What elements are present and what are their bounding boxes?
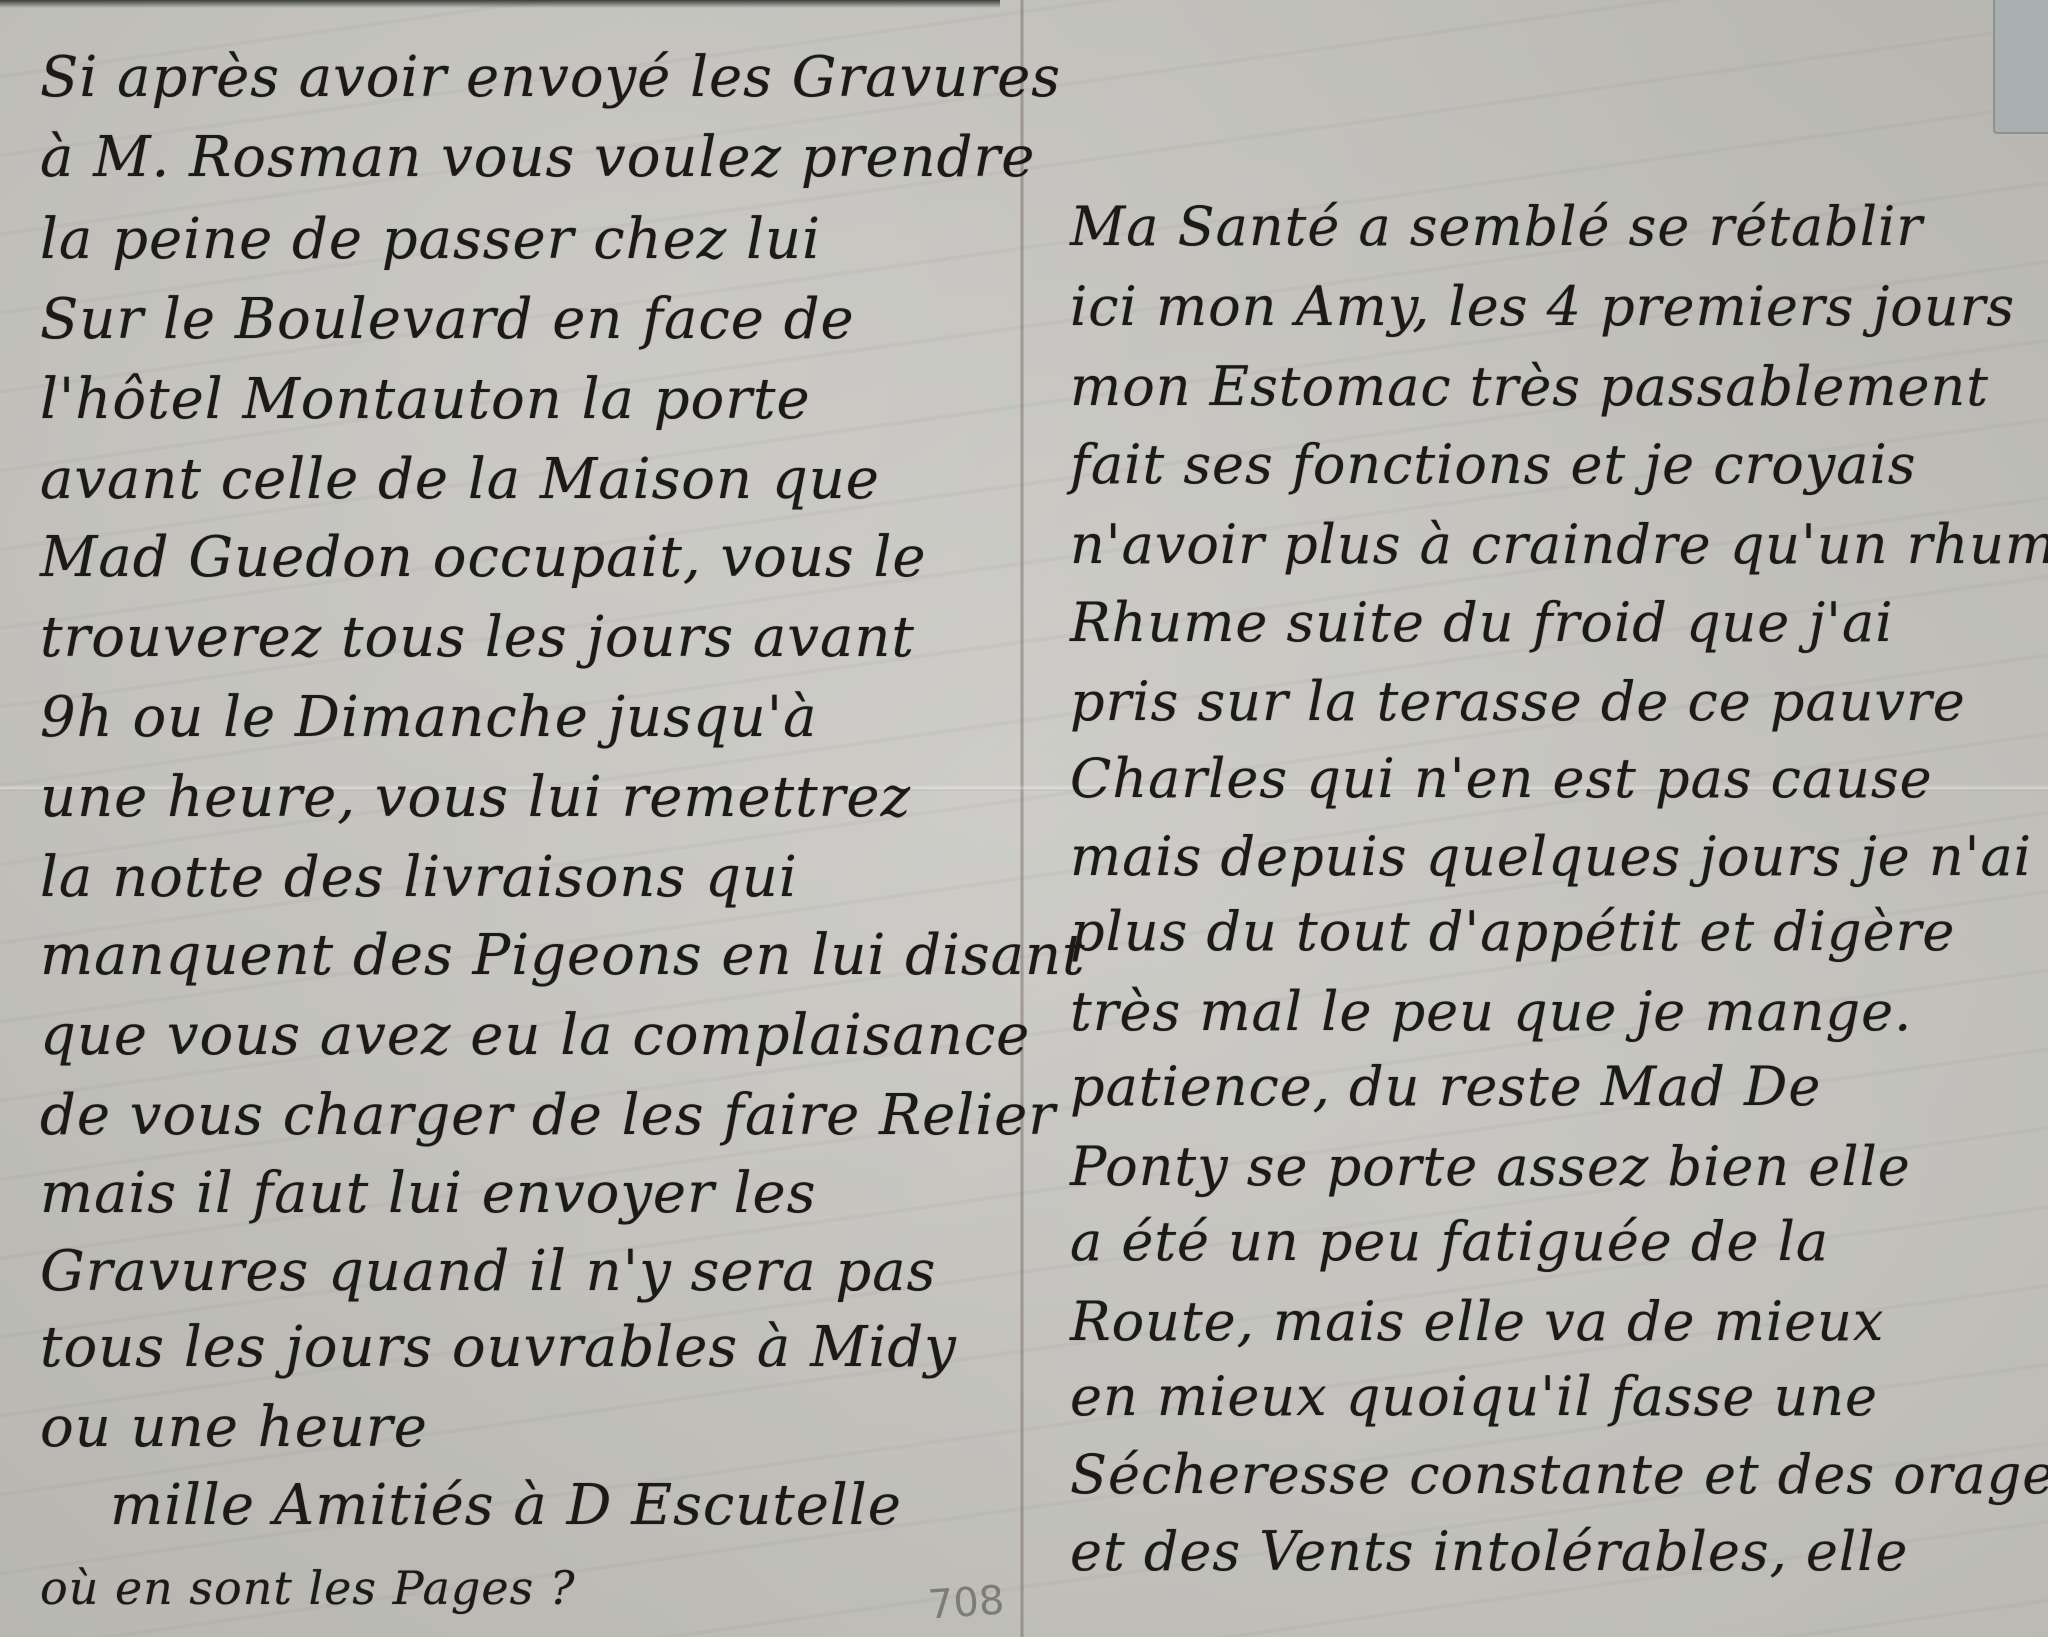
handwritten-line: tous les jours ouvrables à Midy <box>40 1320 957 1376</box>
handwritten-line: que vous avez eu la complaisance <box>40 1008 1030 1064</box>
handwritten-line: Gravures quand il n'y sera pas <box>40 1244 936 1300</box>
handwritten-line: n'avoir plus à craindre qu'un rhume <box>1070 518 2048 572</box>
handwritten-line: à M. Rosman vous voulez prendre <box>40 130 1035 186</box>
right-page-column: Ma Santé a semblé se rétablir ici mon Am… <box>1070 0 2045 1637</box>
handwritten-line: Si après avoir envoyé les Gravures <box>40 50 1061 106</box>
handwritten-line: où en sont les Pages ? <box>40 1565 575 1611</box>
handwritten-line: très mal le peu que je mange. <box>1070 985 1912 1039</box>
pencil-annotation: 708 <box>926 1577 1005 1628</box>
handwritten-line: trouverez tous les jours avant <box>40 610 915 666</box>
handwritten-line: ici mon Amy, les 4 premiers jours <box>1070 280 2015 334</box>
handwritten-line: ou une heure <box>40 1400 428 1456</box>
handwritten-line: Mad Guedon occupait, vous le <box>40 530 927 586</box>
handwritten-line: Route, mais elle va de mieux <box>1070 1295 1884 1349</box>
handwritten-line: la notte des livraisons qui <box>40 850 798 906</box>
handwritten-line: avant celle de la Maison que <box>40 452 880 508</box>
handwritten-line: manquent des Pigeons en lui disant <box>40 928 1086 984</box>
handwritten-line: patience, du reste Mad De <box>1070 1060 1821 1114</box>
handwritten-line: une heure, vous lui remettrez <box>40 770 911 826</box>
handwritten-line: mille Amitiés à D Escutelle <box>110 1478 902 1534</box>
handwritten-line: Charles qui n'en est pas cause <box>1070 752 1933 806</box>
vertical-fold-crease <box>1020 0 1024 1637</box>
left-page-column: Si après avoir envoyé les Gravures à M. … <box>40 0 1000 1637</box>
handwritten-line: et des Vents intolérables, elle <box>1070 1525 1908 1579</box>
handwritten-line: mon Estomac très passablement <box>1070 360 1989 414</box>
handwritten-line: 9h ou le Dimanche jusqu'à <box>40 690 818 746</box>
handwritten-line: fait ses fonctions et je croyais <box>1070 438 1916 492</box>
handwritten-line: mais depuis quelques jours je n'ai <box>1070 830 2032 884</box>
handwritten-line: pris sur la terasse de ce pauvre <box>1070 675 1966 729</box>
handwritten-line: la peine de passer chez lui <box>40 212 821 268</box>
handwritten-line: Rhume suite du froid que j'ai <box>1070 596 1893 650</box>
handwritten-line: Sur le Boulevard en face de <box>40 292 855 348</box>
handwritten-line: l'hôtel Montauton la porte <box>40 372 811 428</box>
handwritten-line: mais il faut lui envoyer les <box>40 1166 816 1222</box>
handwritten-line: Sécheresse constante et des orages <box>1070 1448 2048 1502</box>
handwritten-line: de vous charger de les faire Relier <box>40 1088 1056 1144</box>
handwritten-line: plus du tout d'appétit et digère <box>1070 905 1955 959</box>
handwritten-line: Ponty se porte assez bien elle <box>1070 1140 1911 1194</box>
handwritten-line: Ma Santé a semblé se rétablir <box>1070 200 1923 254</box>
letter-scan: Si après avoir envoyé les Gravures à M. … <box>0 0 2048 1637</box>
handwritten-line: a été un peu fatiguée de la <box>1070 1215 1829 1269</box>
handwritten-line: en mieux quoiqu'il fasse une <box>1070 1370 1878 1424</box>
